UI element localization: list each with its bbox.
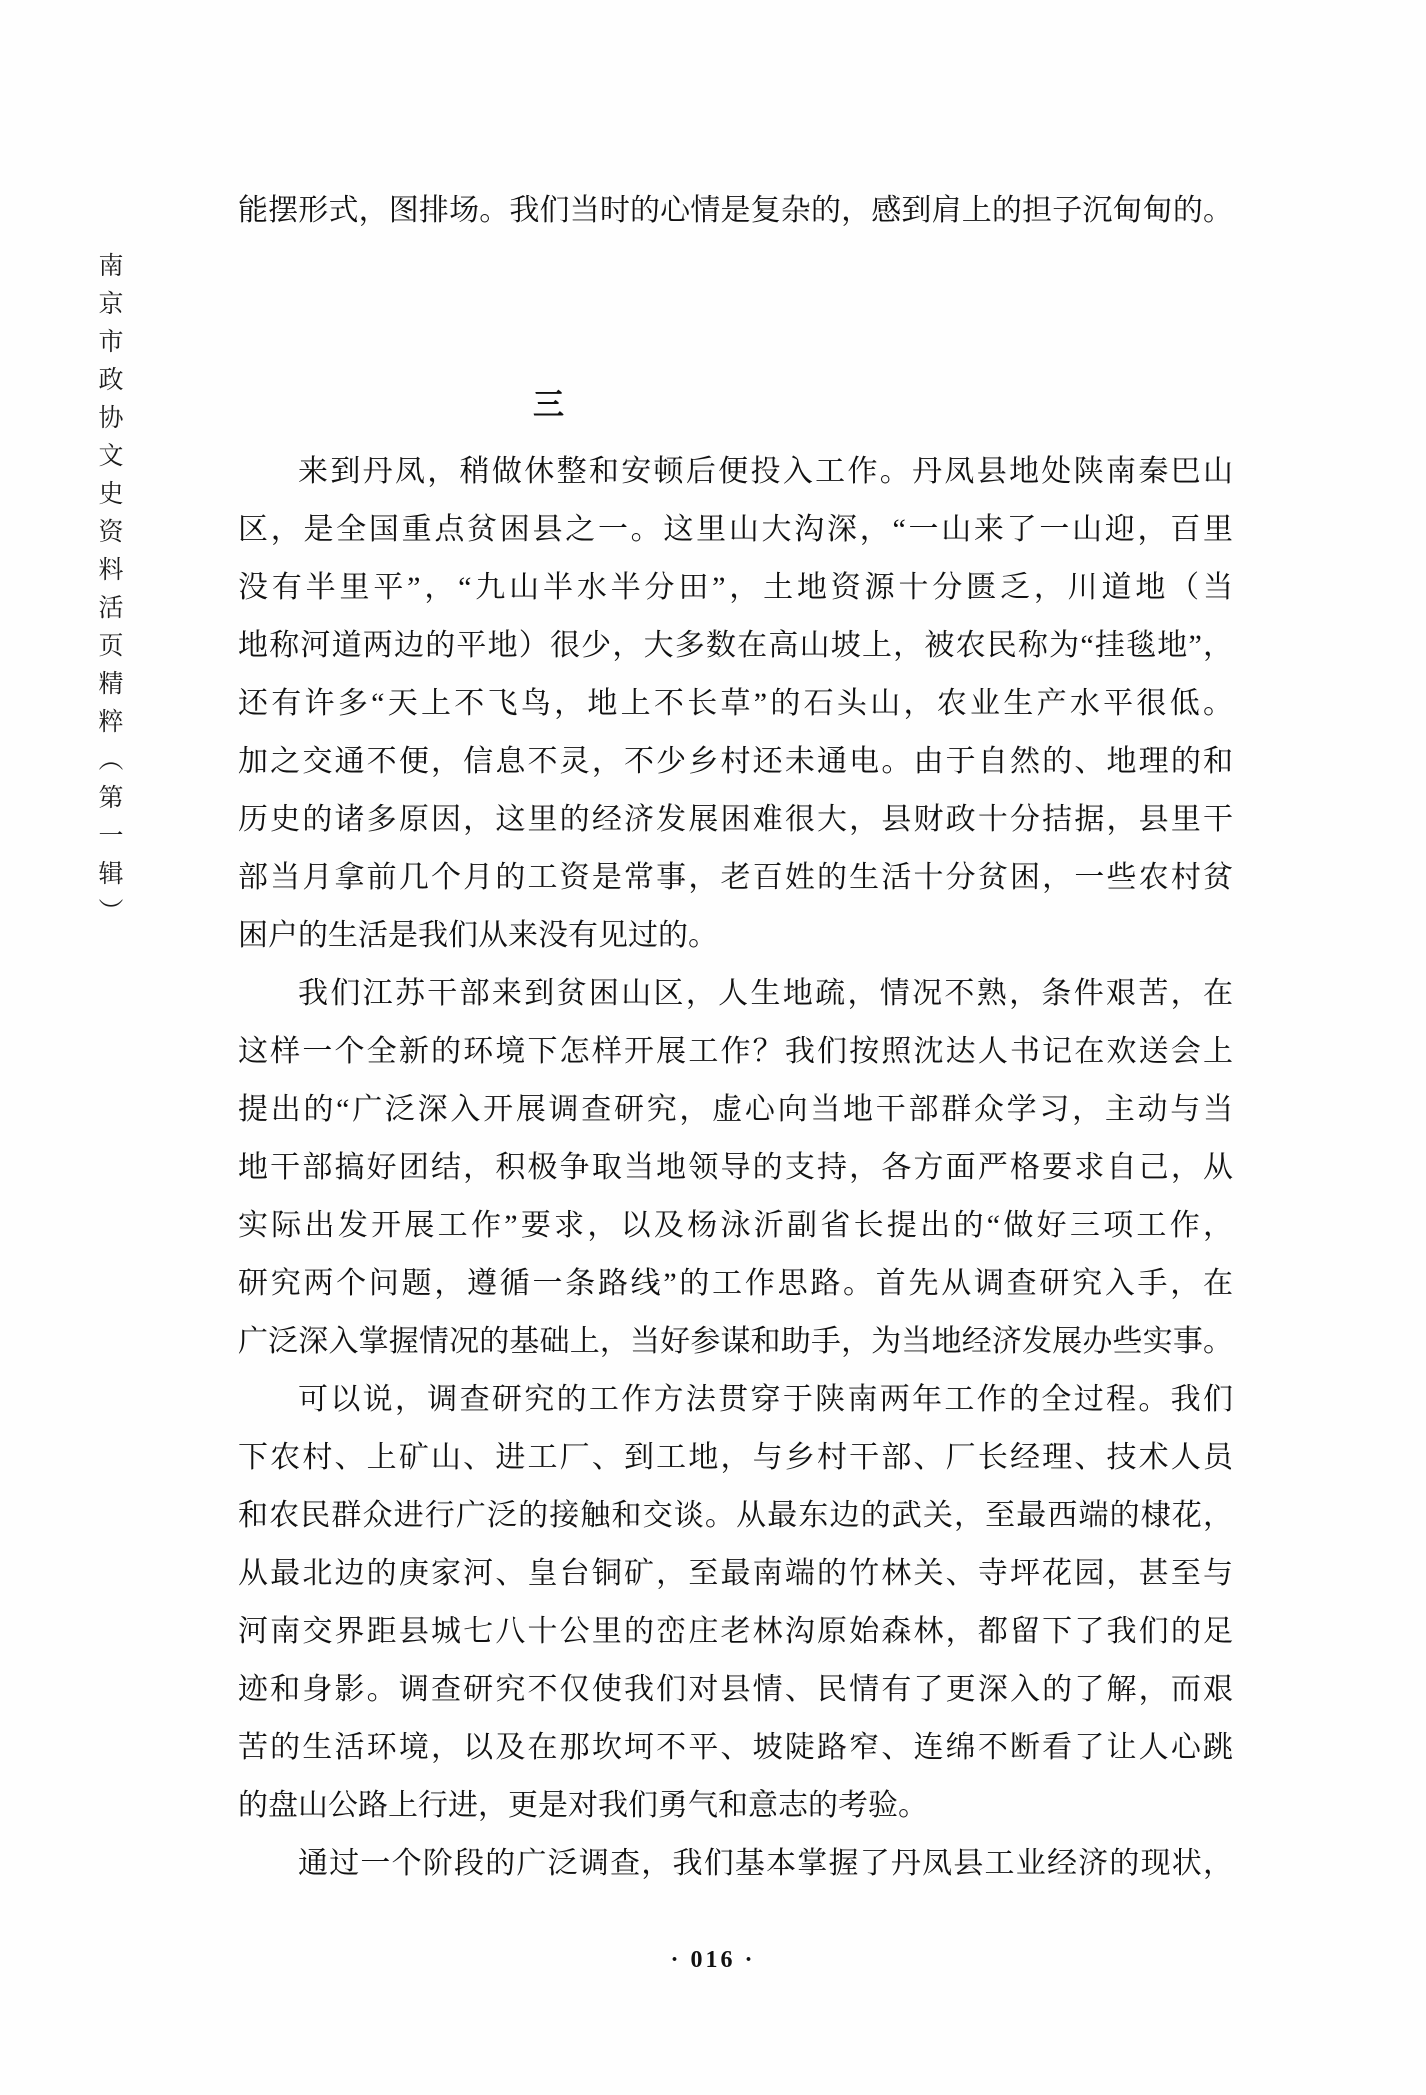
sidebar-series-title: 南京市政协文史资料活页精粹（第一辑） bbox=[90, 252, 126, 936]
section-heading: 三 bbox=[238, 376, 1233, 434]
text-line: 历史的诸多原因，这里的经济发展困难很大，县财政十分拮据，县里干 bbox=[238, 791, 1233, 849]
text-line: 这样一个全新的环境下怎样开展工作？我们按照沈达人书记在欢送会上 bbox=[238, 1023, 1233, 1081]
text-line: 地干部搞好团结，积极争取当地领导的支持，各方面严格要求自己，从 bbox=[238, 1139, 1233, 1197]
paragraph: 通过一个阶段的广泛调查，我们基本掌握了丹凤县工业经济的现状， bbox=[238, 1835, 1233, 1893]
text-line: 下农村、上矿山、进工厂、到工地，与乡村干部、厂长经理、技术人员 bbox=[238, 1429, 1233, 1487]
paragraphs: 来到丹凤，稍做休整和安顿后便投入工作。丹凤县地处陕南秦巴山区，是全国重点贫困县之… bbox=[238, 443, 1233, 1893]
text-line: 迹和身影。调查研究不仅使我们对县情、民情有了更深入的了解，而艰 bbox=[238, 1661, 1233, 1719]
page-number: · 016 · bbox=[0, 1947, 1426, 1974]
text-line: 可以说，调查研究的工作方法贯穿于陕南两年工作的全过程。我们 bbox=[238, 1371, 1233, 1429]
text-line: 提出的“广泛深入开展调查研究，虚心向当地干部群众学习，主动与当 bbox=[238, 1081, 1233, 1139]
text-line: 河南交界距县城七八十公里的峦庄老林沟原始森林，都留下了我们的足 bbox=[238, 1603, 1233, 1661]
text-line: 我们江苏干部来到贫困山区，人生地疏，情况不熟，条件艰苦，在 bbox=[238, 965, 1233, 1023]
paragraph: 可以说，调查研究的工作方法贯穿于陕南两年工作的全过程。我们下农村、上矿山、进工厂… bbox=[238, 1371, 1233, 1835]
text-line: 部当月拿前几个月的工资是常事，老百姓的生活十分贫困，一些农村贫 bbox=[238, 849, 1233, 907]
text-line: 加之交通不便，信息不灵，不少乡村还未通电。由于自然的、地理的和 bbox=[238, 733, 1233, 791]
text-line: 苦的生活环境，以及在那坎坷不平、坡陡路窄、连绵不断看了让人心跳 bbox=[238, 1719, 1233, 1777]
text-line: 来到丹凤，稍做休整和安顿后便投入工作。丹凤县地处陕南秦巴山 bbox=[238, 443, 1233, 501]
text-line: 困户的生活是我们从来没有见过的。 bbox=[238, 907, 1233, 965]
text-line: 的盘山公路上行进，更是对我们勇气和意志的考验。 bbox=[238, 1777, 1233, 1835]
text-line: 地称河道两边的平地）很少，大多数在高山坡上，被农民称为“挂毯地”， bbox=[238, 617, 1233, 675]
paragraph: 来到丹凤，稍做休整和安顿后便投入工作。丹凤县地处陕南秦巴山区，是全国重点贫困县之… bbox=[238, 443, 1233, 965]
text-line: 没有半里平”，“九山半水半分田”，土地资源十分匮乏，川道地（当 bbox=[238, 559, 1233, 617]
text-line: 区，是全国重点贫困县之一。这里山大沟深，“一山来了一山迎，百里 bbox=[238, 501, 1233, 559]
book-page: 南京市政协文史资料活页精粹（第一辑） 能摆形式，图排场。我们当时的心情是复杂的，… bbox=[0, 0, 1426, 2095]
text-line: 从最北边的庚家河、皇台铜矿，至最南端的竹林关、寺坪花园，甚至与 bbox=[238, 1545, 1233, 1603]
text-column: 能摆形式，图排场。我们当时的心情是复杂的，感到肩上的担子沉甸甸的。 三 来到丹凤… bbox=[238, 182, 1233, 1893]
continuation-line: 能摆形式，图排场。我们当时的心情是复杂的，感到肩上的担子沉甸甸的。 bbox=[238, 182, 1233, 240]
text-line: 研究两个问题，遵循一条路线”的工作思路。首先从调查研究入手，在 bbox=[238, 1255, 1233, 1313]
text-line: 实际出发开展工作”要求，以及杨泳沂副省长提出的“做好三项工作， bbox=[238, 1197, 1233, 1255]
paragraph: 我们江苏干部来到贫困山区，人生地疏，情况不熟，条件艰苦，在这样一个全新的环境下怎… bbox=[238, 965, 1233, 1371]
text-line: 还有许多“天上不飞鸟，地上不长草”的石头山，农业生产水平很低。 bbox=[238, 675, 1233, 733]
text-line: 和农民群众进行广泛的接触和交谈。从最东边的武关，至最西端的棣花， bbox=[238, 1487, 1233, 1545]
text-line: 广泛深入掌握情况的基础上，当好参谋和助手，为当地经济发展办些实事。 bbox=[238, 1313, 1233, 1371]
text-line: 通过一个阶段的广泛调查，我们基本掌握了丹凤县工业经济的现状， bbox=[238, 1835, 1233, 1893]
